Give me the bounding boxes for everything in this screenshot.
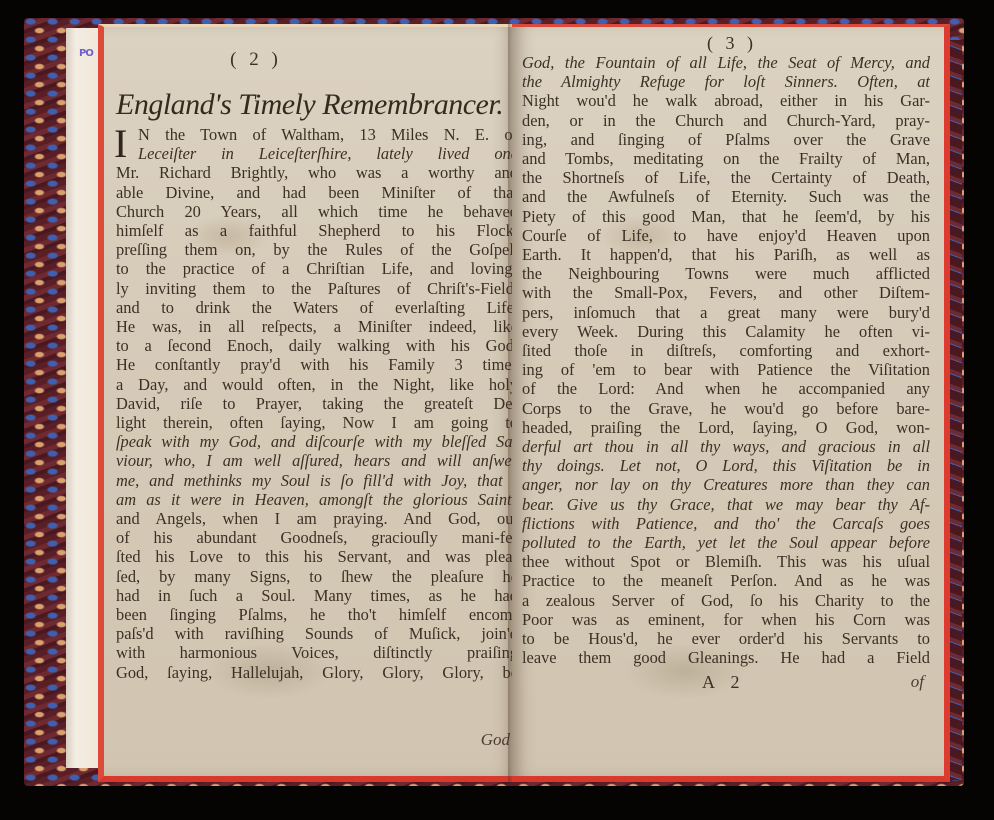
text-line: N the Town of Waltham, 13 Miles N. E. of: [116, 125, 518, 144]
left-text-lines: N the Town of Waltham, 13 Miles N. E. of…: [116, 125, 508, 682]
text-line: himſelf as a faithful Shepherd to his Fl…: [116, 221, 518, 240]
text-line: ſited thoſe in diſtreſs, comforting and …: [522, 341, 930, 360]
text-line: Night wou'd he walk abroad, either in hi…: [522, 91, 930, 110]
text-line: thee without Spot or Blemiſh. This was h…: [522, 552, 930, 571]
text-line: and to drink the Waters of everlaſting L…: [116, 298, 518, 317]
text-line: able Divine, and had been Miniſter of th…: [116, 183, 518, 202]
text-line: Mr. Richard Brightly, who was a worthy a…: [116, 163, 518, 182]
text-line: Earth. It happen'd, that his Pariſh, as …: [522, 245, 930, 264]
text-line: paſs'd with raviſhing Sounds of Muſick, …: [116, 624, 518, 643]
text-line: Practice to the meaneſt Perſon. And as h…: [522, 571, 930, 590]
right-text-lines: God, the Fountain of all Life, the Seat …: [522, 53, 928, 668]
text-line: ing, and ſinging of Pſalms over the Grav…: [522, 130, 930, 149]
text-line: the Almighty Refuge for loſt Sinners. Of…: [522, 72, 930, 91]
text-line: David, riſe to Prayer, taking the greate…: [116, 394, 518, 413]
text-line: thy doings. Let not, O Lord, this Viſita…: [522, 456, 930, 475]
text-line: preſſing them on, by the Rules of the Go…: [116, 240, 518, 259]
text-line: viour, who, I am well aſſured, hears and…: [116, 451, 518, 470]
drop-cap: I: [114, 126, 127, 162]
page-title: England's Timely Remembrancer.: [116, 85, 508, 125]
text-line: pers, inſomuch that a great many were bu…: [522, 303, 930, 322]
text-line: with harmonious Voices, diſtinctly praiſ…: [116, 643, 518, 662]
text-line: God, ſaying, Hallelujah, Glory, Glory, G…: [116, 663, 518, 682]
text-line: the Neighbouring Towns were much afflict…: [522, 264, 930, 283]
left-page: ( 2 ) England's Timely Remembrancer. I N…: [98, 24, 516, 782]
text-line: light therein, often ſaying, Now I am go…: [116, 413, 518, 432]
text-line: am as it were in Heaven, amongſt the glo…: [116, 490, 518, 509]
text-line: polluted to the Earth, yet let the Soul …: [522, 533, 930, 552]
text-line: a zealous Server of God, ſo his Charity …: [522, 591, 930, 610]
text-line: bear. Give us thy Grace, that we may bea…: [522, 495, 930, 514]
text-line: a Day, and would often, in the Night, li…: [116, 375, 518, 394]
text-line: He conſtantly pray'd with his Family 3 t…: [116, 355, 518, 374]
text-line: headed, praiſing the Lord, ſaying, O God…: [522, 418, 930, 437]
text-line: the Shortneſs of Life, the Certainty of …: [522, 168, 930, 187]
catchword-right: of: [911, 672, 924, 692]
text-line: of his abundant Goodneſs, graciouſly man…: [116, 528, 518, 547]
text-line: ſted his Love to this his Servant, and w…: [116, 547, 518, 566]
text-line: Leceiſter in Leiceſterſhire, lately live…: [116, 144, 518, 163]
catchword-left: God: [481, 730, 510, 750]
text-line: me, and methinks my Soul is ſo fill'd wi…: [116, 471, 518, 490]
text-line: flictions with Patience, and tho' the Ca…: [522, 514, 930, 533]
right-page-number: ( 3 ): [672, 33, 792, 53]
left-page-number: ( 2 ): [196, 47, 316, 73]
text-line: Courſe of Life, to have enjoy'd Heaven u…: [522, 226, 930, 245]
text-line: leave them good Gleanings. He had a Fiel…: [522, 648, 930, 667]
text-line: den, or in the Church and Church-Yard, p…: [522, 111, 930, 130]
signature-mark: A 2: [702, 672, 746, 693]
text-line: Corps to the Grave, he wou'd go before b…: [522, 399, 930, 418]
text-line: been ſinging Pſalms, he tho't himſelf en…: [116, 605, 518, 624]
flyleaf-stamp: PO: [79, 48, 93, 59]
text-line: of the Lord: And when he accompanied any: [522, 379, 930, 398]
text-line: and Tombs, meditating on the Frailty of …: [522, 149, 930, 168]
text-line: ing of 'em to bear with Patience the Viſ…: [522, 360, 930, 379]
text-line: God, the Fountain of all Life, the Seat …: [522, 53, 930, 72]
text-line: to the practice of a Chriſtian Life, and…: [116, 259, 518, 278]
right-page-footer: A 2 of: [522, 672, 928, 696]
text-line: and Angels, when I am praying. And God, …: [116, 509, 518, 528]
text-line: ſpeak with my God, and diſcourſe with my…: [116, 432, 518, 451]
text-line: with the Small-Pox, Fevers, and other Di…: [522, 283, 930, 302]
right-page: ( 3 ) God, the Fountain of all Life, the…: [512, 24, 950, 782]
text-line: Poor was as eminent, for when his Corn w…: [522, 610, 930, 629]
text-line: He was, in all reſpects, a Miniſter inde…: [116, 317, 518, 336]
text-block-left: I N the Town of Waltham, 13 Miles N. E. …: [116, 125, 508, 682]
text-line: to be Hous'd, he ever order'd his Servan…: [522, 629, 930, 648]
text-line: had in ſuch a Soul. Many times, as he ha…: [116, 586, 518, 605]
text-line: to a ſecond Enoch, daily walking with hi…: [116, 336, 518, 355]
text-line: ſed, by many Signs, to ſhew the pleaſure…: [116, 567, 518, 586]
text-line: Piety of this good Man, that he ſeem'd, …: [522, 207, 930, 226]
text-line: every Week. During this Calamity he ofte…: [522, 322, 930, 341]
text-line: derful art thou in all thy ways, and gra…: [522, 437, 930, 456]
text-line: ly inviting them to the Paſtures of Chri…: [116, 279, 518, 298]
text-line: anger, nor lay on thy Creatures more tha…: [522, 475, 930, 494]
text-line: and the Awfulneſs of Eternity. Such was …: [522, 187, 930, 206]
text-line: Church 20 Years, all which time he behav…: [116, 202, 518, 221]
